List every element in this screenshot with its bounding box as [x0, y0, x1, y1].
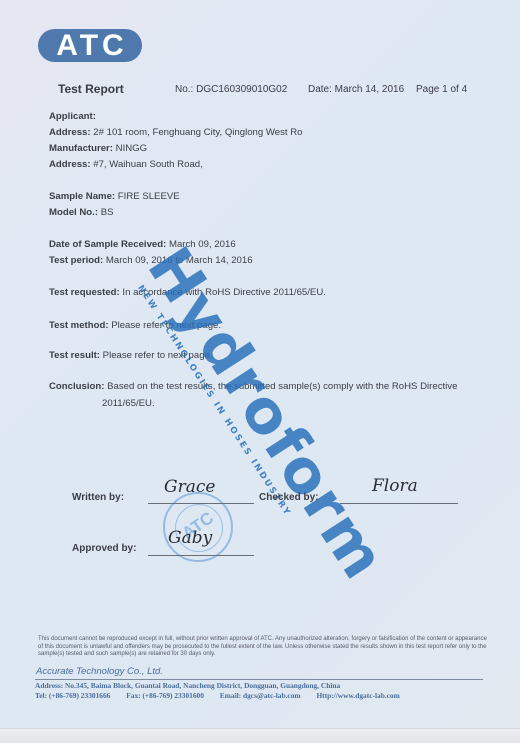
test-method-field: Test method: Please refer to next page. [49, 320, 221, 331]
tel: Tel: (+86-769) 23301666 [35, 691, 110, 700]
field-label: Model No.: [49, 207, 98, 218]
applicant-field: Applicant: [49, 111, 96, 122]
field-value: #7, Waihuan South Road, [93, 159, 203, 170]
fax: Fax: (+86-769) 23301600 [126, 691, 204, 700]
test-requested-field: Test requested: In accordance with RoHS … [49, 287, 326, 298]
field-value: FIRE SLEEVE [118, 191, 180, 202]
test-result-field: Test result: Please refer to next page. [49, 350, 213, 361]
conclusion-field: Conclusion: Based on the test results, t… [49, 381, 457, 392]
sample-name-field: Sample Name: FIRE SLEEVE [49, 191, 180, 202]
field-value: 2# 101 room, Fenghuang City, Qinglong We… [93, 127, 302, 138]
test-period-field: Test period: March 09, 2016 to March 14,… [49, 255, 253, 266]
company-name: Accurate Technology Co., Ltd. [36, 666, 163, 677]
field-value: March 09, 2016 to March 14, 2016 [106, 255, 253, 266]
checked-by-line [340, 503, 458, 504]
website[interactable]: Http://www.dgatc-lab.com [316, 691, 399, 700]
company-address: Address: No.345, Baima Block, Guantai Ro… [35, 681, 340, 690]
test-report-page: ATC Test Report No.: DGC160309010G02 Dat… [0, 0, 520, 743]
field-value: In accordance with RoHS Directive 2011/6… [122, 287, 326, 298]
field-label: Address: [49, 159, 91, 170]
field-label: Test period: [49, 255, 103, 266]
manufacturer-address-field: Address: #7, Waihuan South Road, [49, 159, 203, 170]
report-header: Test Report No.: DGC160309010G02 Date: M… [0, 82, 520, 98]
field-label: Conclusion: [49, 381, 104, 392]
page-bottom-edge [0, 728, 520, 743]
field-value: Based on the test results, the submitted… [107, 381, 457, 392]
logo-text: ATC [56, 31, 127, 61]
report-date: Date: March 14, 2016 [308, 84, 404, 95]
written-by-signature: Grace [164, 477, 215, 497]
approved-by-label: Approved by: [72, 543, 136, 554]
field-label: Test method: [49, 320, 109, 331]
email[interactable]: Email: dgcs@atc-lab.com [220, 691, 301, 700]
checked-by-label: Checked by: [259, 492, 318, 503]
field-value: Please refer to next page. [111, 320, 221, 331]
field-value: Please refer to next page. [103, 350, 213, 361]
field-label: Date of Sample Received: [49, 239, 166, 250]
field-label: Applicant: [49, 111, 96, 122]
applicant-address-field: Address: 2# 101 room, Fenghuang City, Qi… [49, 127, 303, 138]
field-label: Manufacturer: [49, 143, 113, 154]
checked-by-signature: Flora [372, 476, 418, 496]
field-label: Sample Name: [49, 191, 115, 202]
field-value: BS [101, 207, 114, 218]
legal-disclaimer: This document cannot be reproduced excep… [38, 636, 488, 659]
report-title: Test Report [58, 82, 124, 96]
model-no-field: Model No.: BS [49, 207, 114, 218]
report-number: No.: DGC160309010G02 [175, 84, 287, 95]
field-value: NINGG [116, 143, 147, 154]
approved-by-signature: Gaby [168, 528, 212, 548]
written-by-label: Written by: [72, 492, 124, 503]
atc-logo: ATC [38, 29, 142, 62]
approved-by-line [148, 555, 254, 556]
date-received-field: Date of Sample Received: March 09, 2016 [49, 239, 236, 250]
field-label: Test requested: [49, 287, 120, 298]
page-number: Page 1 of 4 [416, 84, 467, 95]
footer-divider [35, 679, 483, 680]
manufacturer-field: Manufacturer: NINGG [49, 143, 147, 154]
conclusion-continuation: 2011/65/EU. [102, 398, 155, 409]
field-label: Test result: [49, 350, 100, 361]
field-value: March 09, 2016 [169, 239, 236, 250]
field-label: Address: [49, 127, 91, 138]
written-by-line [148, 503, 254, 504]
company-contact: Tel: (+86-769) 23301666 Fax: (+86-769) 2… [35, 691, 414, 700]
